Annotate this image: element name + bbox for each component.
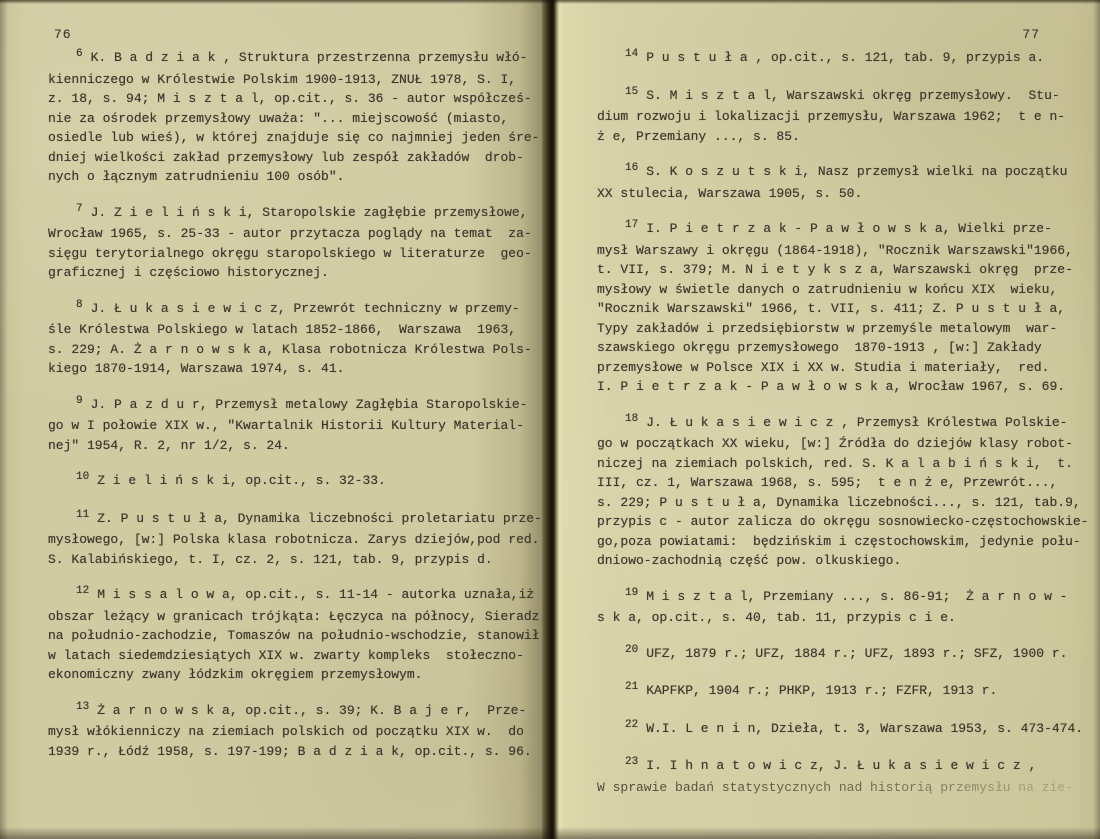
footnote-13: 13Ż a r n o w s k a, op.cit., s. 39; K. … (48, 701, 542, 762)
footnote-line: t. VII, s. 379; M. N i e t y k s z a, Wa… (597, 260, 1100, 280)
footnote-line: III, cz. 1, Warszawa 1968, s. 595; t e n… (597, 473, 1100, 493)
footnote-text: Z i e l i ń s k i, op.cit., s. 32-33. (97, 473, 386, 488)
footnotes-left: 6K. B a d z i a k , Struktura przestrzen… (0, 48, 542, 777)
footnote-line: w latach siedemdziesiątych XIX w. zwarty… (48, 646, 542, 666)
footnote-7: 7J. Z i e l i ń s k i, Staropolskie zagł… (48, 203, 542, 283)
footnote-first-line: 17I. P i e t r z a k - P a w ł o w s k a… (597, 219, 1100, 241)
footnote-22: 22W.I. L e n i n, Dzieła, t. 3, Warszawa… (597, 719, 1100, 741)
footnote-line: "Rocznik Warszawski" 1966, t. VII, s. 41… (597, 299, 1100, 319)
footnote-15: 15S. M i s z t a l, Warszawski okręg prz… (597, 86, 1100, 147)
footnote-text: K. B a d z i a k , Struktura przestrzenn… (91, 50, 528, 65)
footnote-number: 14 (625, 48, 638, 60)
footnote-line: śle Królestwa Polskiego w latach 1852-18… (48, 320, 542, 340)
scan-edge-left (0, 0, 8, 839)
footnote-text: UFZ, 1879 r.; UFZ, 1884 r.; UFZ, 1893 r.… (646, 646, 1067, 661)
footnote-first-line: 16S. K o s z u t s k i, Nasz przemysł wi… (597, 162, 1100, 184)
footnote-number: 10 (76, 471, 89, 483)
footnote-text: I. I h n a t o w i c z, J. Ł u k a s i e… (646, 758, 1036, 773)
footnote-line: 1939 r., Łódź 1958, s. 197-199; B a d z … (48, 742, 542, 762)
footnote-line: niczej na ziemiach polskich, red. S. K a… (597, 454, 1100, 474)
footnote-line: kiego 1870-1914, Warszawa 1974, s. 41. (48, 359, 542, 379)
footnote-text: KAPFKP, 1904 r.; PHKP, 1913 r.; FZFR, 19… (646, 683, 997, 698)
footnote-line: przypis c - autor zalicza do okręgu sosn… (597, 512, 1100, 532)
footnote-first-line: 15S. M i s z t a l, Warszawski okręg prz… (597, 86, 1100, 108)
footnote-text: Z. P u s t u ł a, Dynamika liczebności p… (97, 511, 542, 526)
footnote-line: nie za ośrodek przemysłowy uważa: "... m… (48, 109, 542, 129)
footnote-line: Wrocław 1965, s. 25-33 - autor przytacza… (48, 224, 542, 244)
footnote-first-line: 7J. Z i e l i ń s k i, Staropolskie zagł… (48, 203, 542, 225)
footnote-line: nych o łącznym zatrudnieniu 100 osób". (48, 167, 542, 187)
footnote-line: go w I połowie XIX w., "Kwartalnik Histo… (48, 416, 542, 436)
scan-edge-bottom (0, 827, 1100, 839)
footnote-text: M i s z t a l, Przemiany ..., s. 86-91; … (646, 589, 1067, 604)
footnote-first-line: 9J. P a z d u r, Przemysł metalowy Zagłę… (48, 395, 542, 417)
footnote-10: 10Z i e l i ń s k i, op.cit., s. 32-33. (48, 471, 542, 493)
footnote-number: 15 (625, 86, 638, 98)
footnote-line: S. Kalabińskiego, t. I, cz. 2, s. 121, t… (48, 550, 542, 570)
footnote-text: J. P a z d u r, Przemysł metalowy Zagłęb… (91, 397, 528, 412)
footnote-first-line: 22W.I. L e n i n, Dzieła, t. 3, Warszawa… (597, 719, 1100, 741)
footnote-line: nej" 1954, R. 2, nr 1/2, s. 24. (48, 436, 542, 456)
footnote-line: go w początkach XX wieku, [w:] Źródła do… (597, 434, 1100, 454)
footnote-line: ż e, Przemiany ..., s. 85. (597, 127, 1100, 147)
footnote-first-line: 11Z. P u s t u ł a, Dynamika liczebności… (48, 509, 542, 531)
page-right: 77 14P u s t u ł a , op.cit., s. 121, ta… (564, 0, 1100, 839)
footnote-18: 18J. Ł u k a s i e w i c z , Przemysł Kr… (597, 413, 1100, 571)
footnote-21: 21KAPFKP, 1904 r.; PHKP, 1913 r.; FZFR, … (597, 681, 1100, 703)
footnote-line: sięgu terytorialnego okręgu staropolskie… (48, 244, 542, 264)
footnote-number: 18 (625, 413, 638, 425)
footnote-line: szawskiego okręgu przemysłowego 1870-191… (597, 338, 1100, 358)
footnote-number: 19 (625, 587, 638, 599)
scan-edge-right (1093, 0, 1100, 839)
footnote-line: I. P i e t r z a k - P a w ł o w s k a, … (597, 377, 1100, 397)
footnote-number: 11 (76, 509, 89, 521)
footnote-11: 11Z. P u s t u ł a, Dynamika liczebności… (48, 509, 542, 570)
footnote-text: P u s t u ł a , op.cit., s. 121, tab. 9,… (646, 50, 1044, 65)
footnote-line: mysł włókienniczy na ziemiach polskich o… (48, 722, 542, 742)
footnote-first-line: 6K. B a d z i a k , Struktura przestrzen… (48, 48, 542, 70)
footnote-20: 20UFZ, 1879 r.; UFZ, 1884 r.; UFZ, 1893 … (597, 644, 1100, 666)
footnote-line: mysł Warszawy i okręgu (1864-1918), "Roc… (597, 241, 1100, 261)
footnote-first-line: 20UFZ, 1879 r.; UFZ, 1884 r.; UFZ, 1893 … (597, 644, 1100, 666)
footnote-line: XX stulecia, Warszawa 1905, s. 50. (597, 184, 1100, 204)
footnote-text: J. Z i e l i ń s k i, Staropolskie zagłę… (91, 205, 528, 220)
footnote-line: przemysłowe w Polsce XIX i XX w. Studia … (597, 358, 1100, 378)
footnote-number: 21 (625, 681, 638, 693)
page-left: 76 6K. B a d z i a k , Struktura przestr… (0, 0, 542, 839)
book-gutter (542, 0, 564, 839)
footnote-number: 9 (76, 395, 83, 407)
page-number-left: 76 (54, 27, 72, 42)
footnote-text: J. Ł u k a s i e w i c z , Przemysł Król… (646, 415, 1067, 430)
footnote-line: kienniczego w Królestwie Polskim 1900-19… (48, 70, 542, 90)
footnote-19: 19M i s z t a l, Przemiany ..., s. 86-91… (597, 587, 1100, 628)
footnote-line: go,poza powiatami: będzińskim i częstoch… (597, 532, 1100, 552)
footnote-number: 17 (625, 219, 638, 231)
footnote-line: W sprawie badań statystycznych nad histo… (597, 778, 1100, 798)
footnote-text: M i s s a l o w a, op.cit., s. 11-14 - a… (97, 587, 534, 602)
footnote-text: Ż a r n o w s k a, op.cit., s. 39; K. B … (97, 703, 526, 718)
footnote-line: dniowo-zachodnią część pow. olkuskiego. (597, 551, 1100, 571)
book-scan: 76 6K. B a d z i a k , Struktura przestr… (0, 0, 1100, 839)
footnote-number: 12 (76, 585, 89, 597)
footnote-text: J. Ł u k a s i e w i c z, Przewrót techn… (91, 301, 520, 316)
footnote-number: 23 (625, 756, 638, 768)
footnote-line: z. 18, s. 94; M i s z t a l, op.cit., s.… (48, 89, 542, 109)
footnote-text: I. P i e t r z a k - P a w ł o w s k a, … (646, 221, 1052, 236)
footnote-first-line: 21KAPFKP, 1904 r.; PHKP, 1913 r.; FZFR, … (597, 681, 1100, 703)
footnote-first-line: 19M i s z t a l, Przemiany ..., s. 86-91… (597, 587, 1100, 609)
footnote-6: 6K. B a d z i a k , Struktura przestrzen… (48, 48, 542, 187)
footnote-first-line: 10Z i e l i ń s k i, op.cit., s. 32-33. (48, 471, 542, 493)
footnote-first-line: 8J. Ł u k a s i e w i c z, Przewrót tech… (48, 299, 542, 321)
footnote-text: S. K o s z u t s k i, Nasz przemysł wiel… (646, 164, 1067, 179)
footnote-first-line: 12M i s s a l o w a, op.cit., s. 11-14 -… (48, 585, 542, 607)
footnote-line: dniej wielkości zakład przemysłowy lub z… (48, 148, 542, 168)
footnote-first-line: 13Ż a r n o w s k a, op.cit., s. 39; K. … (48, 701, 542, 723)
footnote-line: na południo-zachodzie, Tomaszów na połud… (48, 626, 542, 646)
footnote-8: 8J. Ł u k a s i e w i c z, Przewrót tech… (48, 299, 542, 379)
scan-edge-top (0, 0, 1100, 4)
footnote-line: graficznej i częściowo historycznej. (48, 263, 542, 283)
footnote-line: ekonomiczny zwany łódzkim okręgiem przem… (48, 665, 542, 685)
footnote-text: W.I. L e n i n, Dzieła, t. 3, Warszawa 1… (646, 721, 1083, 736)
footnote-number: 6 (76, 48, 83, 60)
footnote-number: 22 (625, 719, 638, 731)
footnote-line: s k a, op.cit., s. 40, tab. 11, przypis … (597, 608, 1100, 628)
footnote-first-line: 14P u s t u ł a , op.cit., s. 121, tab. … (597, 48, 1100, 70)
footnote-line: s. 229; P u s t u ł a, Dynamika liczebno… (597, 493, 1100, 513)
page-number-right: 77 (1022, 27, 1040, 42)
footnote-16: 16S. K o s z u t s k i, Nasz przemysł wi… (597, 162, 1100, 203)
footnote-line: obszar leżący w granicach trójkąta: Łęcz… (48, 607, 542, 627)
footnote-12: 12M i s s a l o w a, op.cit., s. 11-14 -… (48, 585, 542, 685)
footnote-text: S. M i s z t a l, Warszawski okręg przem… (646, 88, 1059, 103)
footnote-line: mysłowy w świetle danych o zatrudnieniu … (597, 280, 1100, 300)
footnote-9: 9J. P a z d u r, Przemysł metalowy Zagłę… (48, 395, 542, 456)
footnote-number: 13 (76, 701, 89, 713)
footnote-line: dium rozwoju i lokalizacji przemysłu, Wa… (597, 107, 1100, 127)
footnote-number: 8 (76, 299, 83, 311)
footnote-line: mysłowego, [w:] Polska klasa robotnicza.… (48, 530, 542, 550)
footnote-14: 14P u s t u ł a , op.cit., s. 121, tab. … (597, 48, 1100, 70)
footnote-first-line: 23I. I h n a t o w i c z, J. Ł u k a s i… (597, 756, 1100, 778)
footnote-number: 7 (76, 203, 83, 215)
footnote-line: Typy zakładów i przedsiębiorstw w przemy… (597, 319, 1100, 339)
footnote-number: 16 (625, 162, 638, 174)
footnotes-right: 14P u s t u ł a , op.cit., s. 121, tab. … (564, 48, 1100, 813)
footnote-17: 17I. P i e t r z a k - P a w ł o w s k a… (597, 219, 1100, 397)
footnote-23: 23I. I h n a t o w i c z, J. Ł u k a s i… (597, 756, 1100, 797)
footnote-first-line: 18J. Ł u k a s i e w i c z , Przemysł Kr… (597, 413, 1100, 435)
footnote-line: s. 229; A. Ż a r n o w s k a, Klasa robo… (48, 340, 542, 360)
footnote-line: osiedle lub wieś), w której znajduje się… (48, 128, 542, 148)
footnote-number: 20 (625, 644, 638, 656)
